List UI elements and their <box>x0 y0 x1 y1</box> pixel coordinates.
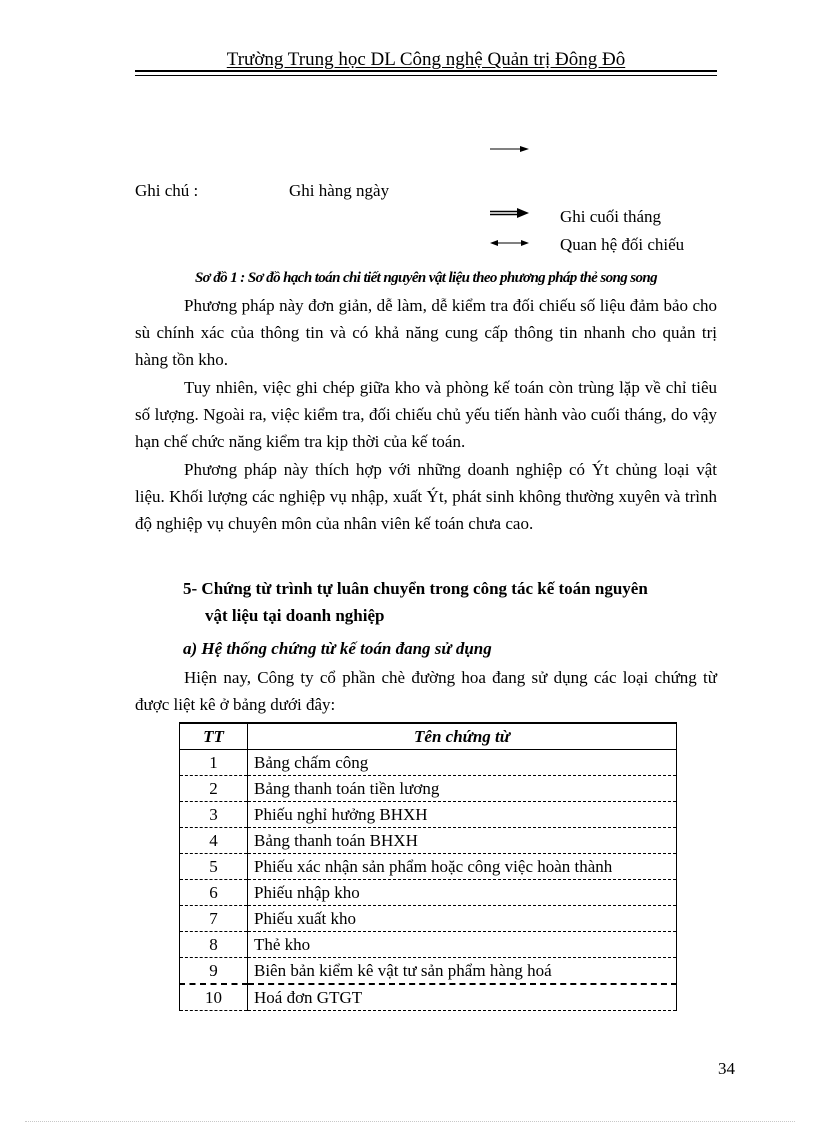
intro-paragraph: Hiện nay, Công ty cổ phần chè đường hoa … <box>135 664 717 718</box>
paragraph: Phương pháp này thích hợp với những doan… <box>135 456 717 537</box>
cell-tt: 5 <box>180 854 248 880</box>
table-row: 4Bảng thanh toán BHXH <box>180 828 677 854</box>
section-heading-5: 5- Chứng từ trình tự luân chuyển trong c… <box>183 575 723 629</box>
paragraph-text: Tuy nhiên, việc ghi chép giữa kho và phò… <box>135 378 717 451</box>
paragraph-text: Phương pháp này thích hợp với những doan… <box>135 460 717 533</box>
figure-caption: Sơ đồ 1 : Sơ đồ hạch toán chi tiết nguyê… <box>135 267 717 289</box>
paragraph-text: Hiện nay, Công ty cổ phần chè đường hoa … <box>135 668 717 714</box>
column-header-tt: TT <box>180 723 248 750</box>
section-heading-line2: vật liệu tại doanh nghiệp <box>183 602 723 629</box>
document-page: Trường Trung học DL Công nghệ Quản trị Đ… <box>0 0 816 1123</box>
cell-document-name: Hoá đơn GTGT <box>248 984 677 1011</box>
table-row: 6Phiếu nhập kho <box>180 880 677 906</box>
cell-document-name: Phiếu xuất kho <box>248 906 677 932</box>
cell-tt: 10 <box>180 984 248 1011</box>
single-arrow-right-icon <box>489 144 531 154</box>
cell-document-name: Bảng chấm công <box>248 750 677 776</box>
column-header-name: Tên chứng từ <box>248 723 677 750</box>
table-header-row: TT Tên chứng từ <box>180 723 677 750</box>
cell-tt: 9 <box>180 958 248 985</box>
table-row: 5Phiếu xác nhận sản phẩm hoặc công việc … <box>180 854 677 880</box>
cell-document-name: Phiếu xác nhận sản phẩm hoặc công việc h… <box>248 854 677 880</box>
legend-item-monthly: Ghi cuối tháng <box>560 206 661 228</box>
paragraph: Phương pháp này đơn giản, dễ làm, dễ kiể… <box>135 292 717 373</box>
cell-document-name: Phiếu nhập kho <box>248 880 677 906</box>
legend-item-reconciliation: Quan hệ đối chiếu <box>560 234 684 256</box>
header-double-rule <box>135 70 717 76</box>
page-bottom-boundary <box>25 1121 795 1122</box>
double-arrow-right-icon <box>489 207 531 219</box>
table-row: 8Thẻ kho <box>180 932 677 958</box>
paragraph: Tuy nhiên, việc ghi chép giữa kho và phò… <box>135 374 717 455</box>
cell-document-name: Bảng thanh toán tiền lương <box>248 776 677 802</box>
table-row: 7Phiếu xuất kho <box>180 906 677 932</box>
cell-tt: 2 <box>180 776 248 802</box>
table-row: 1Bảng chấm công <box>180 750 677 776</box>
table-row: 9Biên bản kiểm kê vật tư sản phẩm hàng h… <box>180 958 677 985</box>
legend-label: Ghi chú : <box>135 180 198 202</box>
bidirectional-arrow-icon <box>489 238 531 248</box>
table-row: 2Bảng thanh toán tiền lương <box>180 776 677 802</box>
page-number: 34 <box>718 1059 735 1079</box>
cell-tt: 3 <box>180 802 248 828</box>
section-heading-line1: 5- Chứng từ trình tự luân chuyển trong c… <box>183 579 648 598</box>
cell-document-name: Biên bản kiểm kê vật tư sản phẩm hàng ho… <box>248 958 677 985</box>
cell-document-name: Thẻ kho <box>248 932 677 958</box>
paragraph-text: Phương pháp này đơn giản, dễ làm, dễ kiể… <box>135 296 717 369</box>
cell-tt: 6 <box>180 880 248 906</box>
table-row: 10Hoá đơn GTGT <box>180 984 677 1011</box>
subsection-heading-a: a) Hệ thống chứng từ kế toán đang sử dụn… <box>183 637 492 661</box>
document-list-table: TT Tên chứng từ 1Bảng chấm công2Bảng tha… <box>179 722 677 1011</box>
cell-tt: 8 <box>180 932 248 958</box>
table-row: 3Phiếu nghỉ hưởng BHXH <box>180 802 677 828</box>
cell-tt: 7 <box>180 906 248 932</box>
cell-tt: 4 <box>180 828 248 854</box>
legend-item-daily: Ghi hàng ngày <box>289 180 389 202</box>
cell-document-name: Phiếu nghỉ hưởng BHXH <box>248 802 677 828</box>
cell-document-name: Bảng thanh toán BHXH <box>248 828 677 854</box>
page-header-title: Trường Trung học DL Công nghệ Quản trị Đ… <box>135 48 717 72</box>
cell-tt: 1 <box>180 750 248 776</box>
